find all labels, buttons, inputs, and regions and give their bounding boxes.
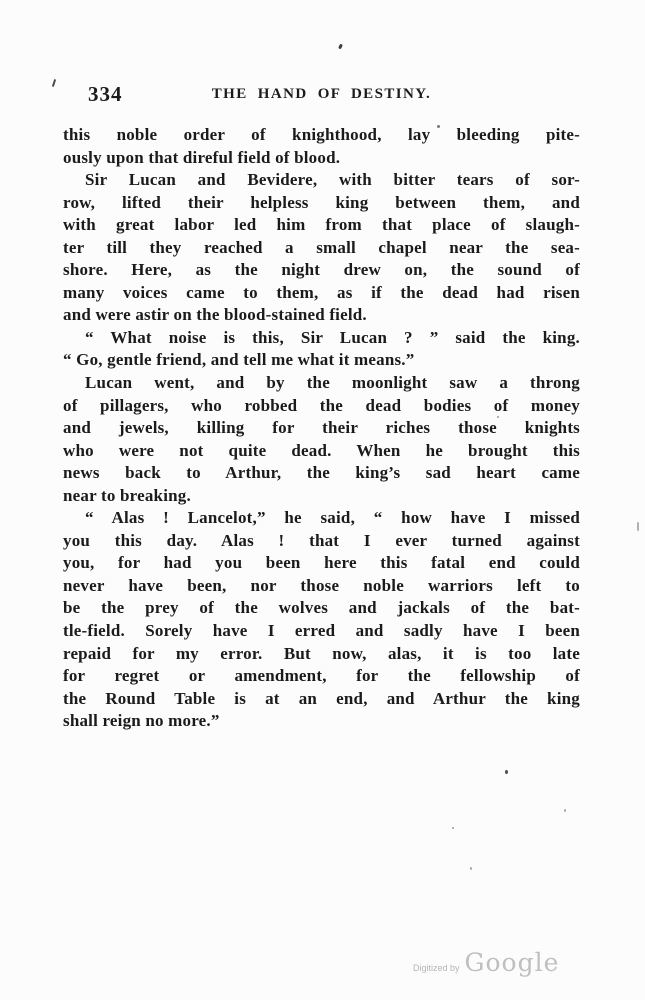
text-line: with great labor led him from that place…: [63, 214, 580, 237]
digitization-watermark: Digitized by Google: [413, 948, 559, 977]
text-line: “ Alas ! Lancelot,” he said, “ how have …: [63, 507, 580, 530]
text-line: shore. Here, as the night drew on, the s…: [63, 259, 580, 282]
text-line: near to breaking.: [63, 485, 580, 508]
scan-speck: [497, 416, 499, 418]
text-line: of pillagers, who robbed the dead bodies…: [63, 395, 580, 418]
scan-speck: [452, 827, 454, 829]
running-title: THE HAND OF DESTINY.: [63, 86, 580, 103]
text-line: ter till they reached a small chapel nea…: [63, 237, 580, 260]
text-line: and jewels, killing for their riches tho…: [63, 417, 580, 440]
scan-speck: [564, 809, 566, 812]
text-line: the Round Table is at an end, and Arthur…: [63, 688, 580, 711]
text-line: shall reign no more.”: [63, 710, 580, 733]
text-line: “ Go, gentle friend, and tell me what it…: [63, 349, 580, 372]
text-line: for regret or amendment, for the fellows…: [63, 665, 580, 688]
text-line: who were not quite dead. When he brought…: [63, 440, 580, 463]
scan-speck: [338, 44, 343, 50]
text-line: repaid for my error. But now, alas, it i…: [63, 643, 580, 666]
digitized-by-label: Digitized by: [413, 963, 460, 973]
scan-speck: [505, 770, 508, 774]
text-body: this noble order of knighthood, lay blee…: [63, 124, 580, 733]
text-line: and were astir on the blood-stained fiel…: [63, 304, 580, 327]
google-logo: Google: [465, 948, 560, 977]
scanned-book-page: 334 THE HAND OF DESTINY. this noble orde…: [0, 0, 645, 1000]
text-line: Lucan went, and by the moonlight saw a t…: [63, 372, 580, 395]
text-line: news back to Arthur, the king’s sad hear…: [63, 462, 580, 485]
scan-speck: [437, 125, 440, 128]
scan-speck: [637, 522, 639, 531]
running-header: 334 THE HAND OF DESTINY.: [63, 82, 580, 106]
text-line: tle-field. Sorely have I erred and sadly…: [63, 620, 580, 643]
text-line: you this day. Alas ! that I ever turned …: [63, 530, 580, 553]
text-line: be the prey of the wolves and jackals of…: [63, 597, 580, 620]
text-line: row, lifted their helpless king between …: [63, 192, 580, 215]
scan-speck: [52, 79, 56, 87]
text-line: “ What noise is this, Sir Lucan ? ” said…: [63, 327, 580, 350]
text-line: ously upon that direful field of blood.: [63, 147, 580, 170]
scan-speck: [470, 867, 472, 870]
text-line: never have been, nor those noble warrior…: [63, 575, 580, 598]
text-line: Sir Lucan and Bevidere, with bitter tear…: [63, 169, 580, 192]
text-line: many voices came to them, as if the dead…: [63, 282, 580, 305]
text-line: this noble order of knighthood, lay blee…: [63, 124, 580, 147]
text-line: you, for had you been here this fatal en…: [63, 552, 580, 575]
